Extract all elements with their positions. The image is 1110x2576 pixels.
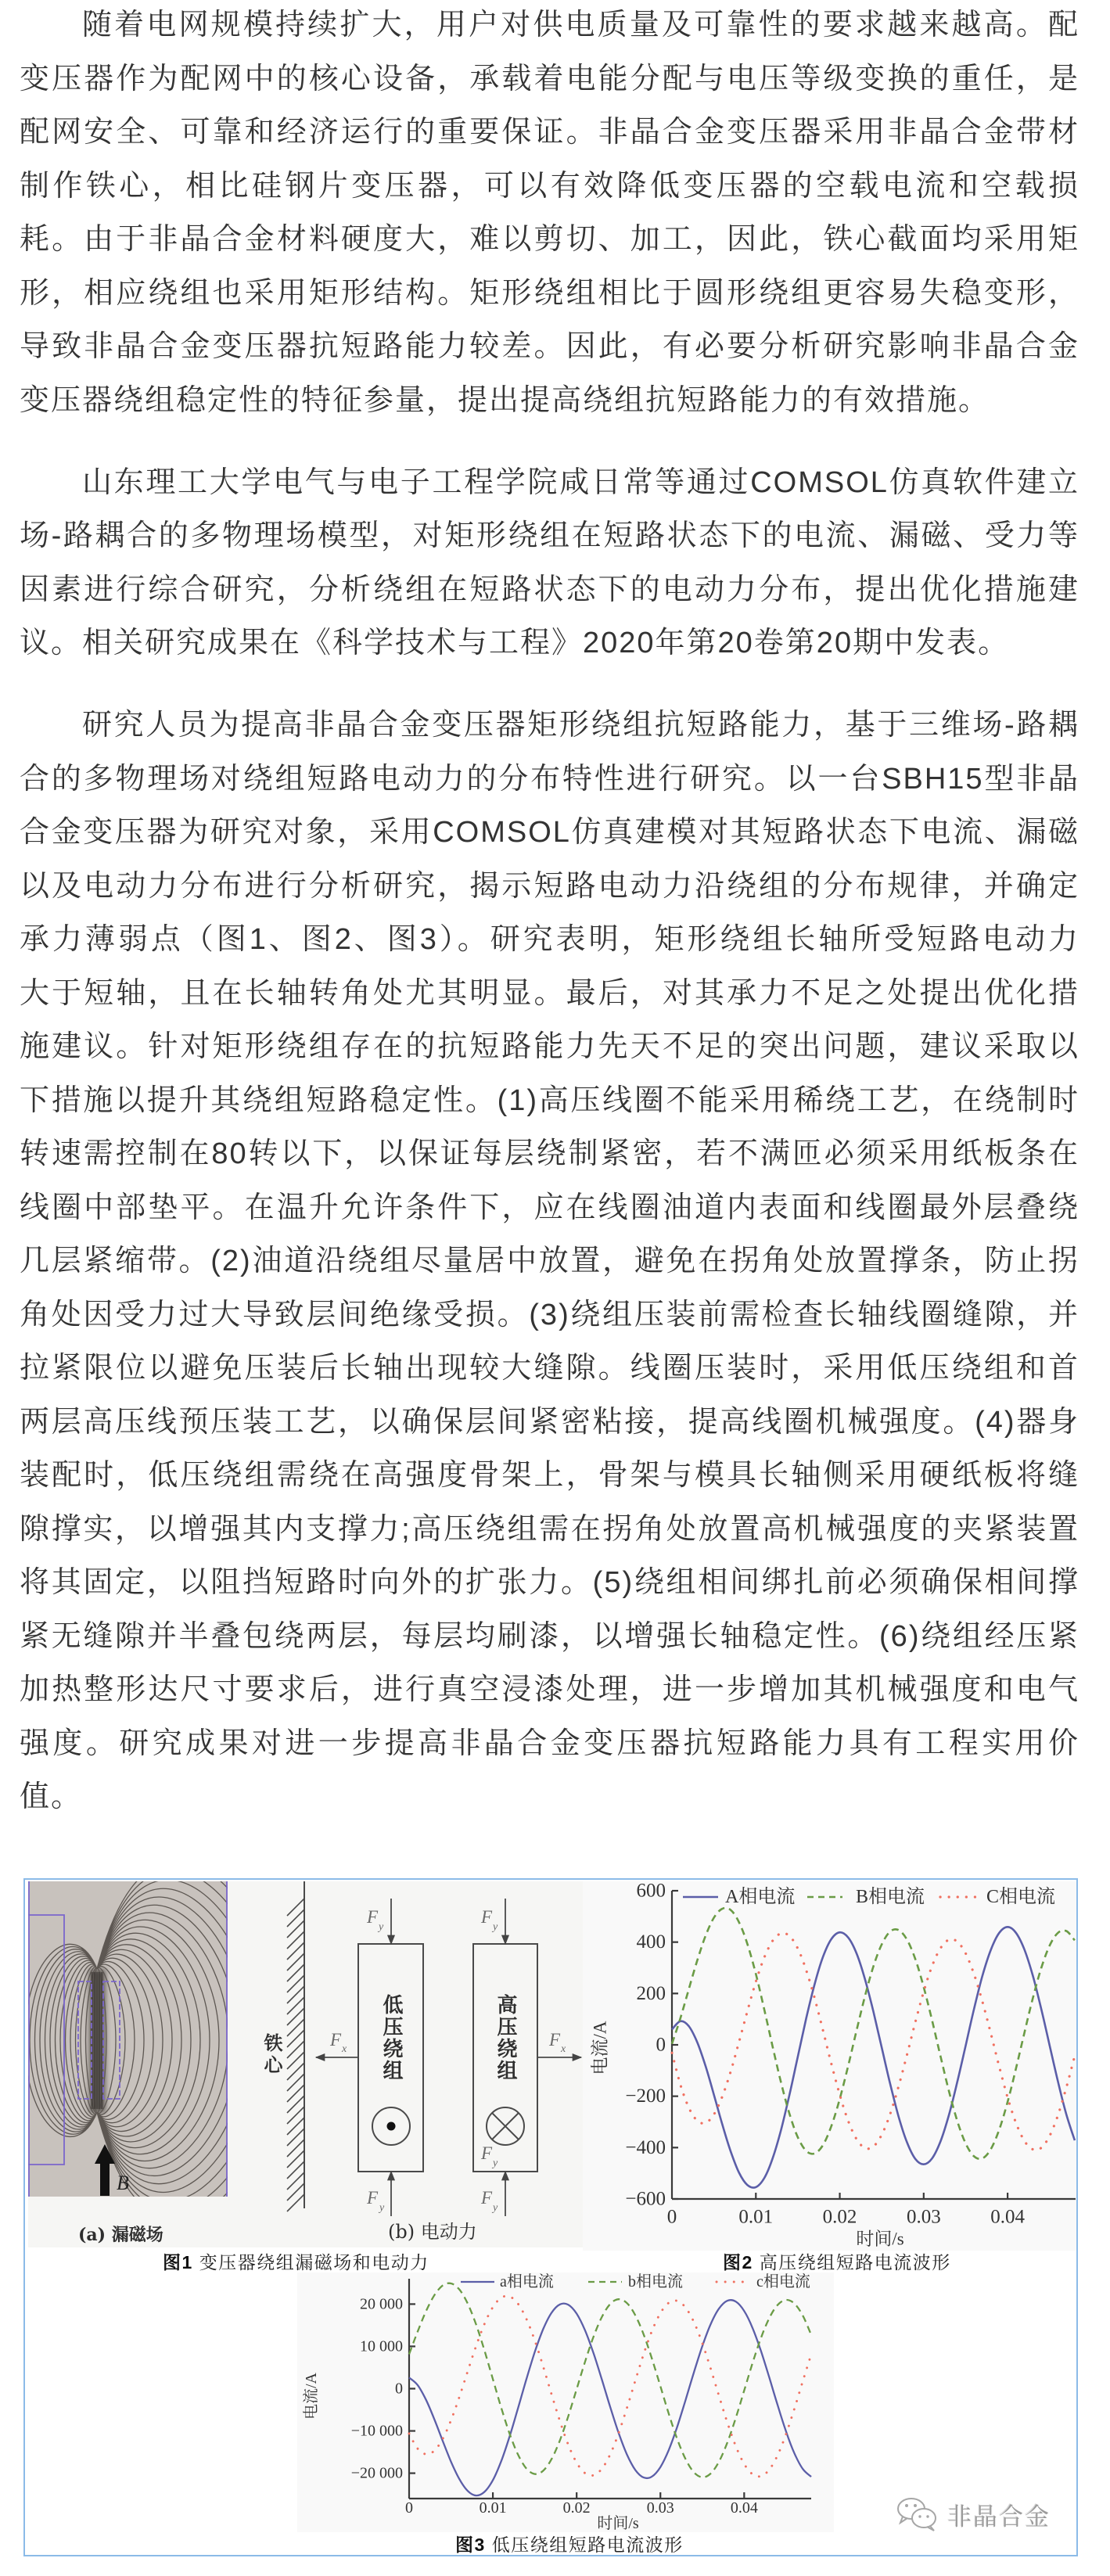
paragraph-findings: 研究人员为提高非晶合金变压器矩形绕组抗短路能力，基于三维场-路耦 合的多物理场对…: [20, 699, 1079, 1824]
y-tick-label: 400: [637, 1931, 666, 1953]
x-tick-label: 0.03: [907, 2207, 941, 2228]
article-body: 随着电网规模持续扩大，用户对供电质量及可靠性的要求越来越高。配电 变压器作为配网…: [20, 0, 1079, 1852]
x-tick-label: 0.03: [647, 2499, 674, 2517]
force-subscript: y: [491, 2157, 498, 2169]
cross-mark-icon: [492, 2113, 519, 2139]
legend-label: a相电流: [500, 2272, 554, 2290]
text-line: 议。相关研究成果在《科学技术与工程》2020年第20卷第20期中发表。: [20, 616, 1079, 670]
y-tick-label: 0: [656, 2035, 666, 2056]
legend-label: c相电流: [756, 2272, 810, 2290]
text-line: 研究人员为提高非晶合金变压器矩形绕组抗短路能力，基于三维场-路耦: [20, 699, 1079, 753]
text-line: 紧无缝隙并半叠包绕两层，每层均刷漆，以增强长轴稳定性。(6)绕组经压紧: [20, 1610, 1079, 1664]
paragraph-background: 随着电网规模持续扩大，用户对供电质量及可靠性的要求越来越高。配电 变压器作为配网…: [20, 0, 1079, 427]
figure-2-title: 高压绕组短路电流波形: [760, 2252, 951, 2272]
force-symbol: F: [548, 2030, 561, 2050]
subfigure-b-label: (b) 电动力: [388, 2221, 477, 2243]
text-line: 随着电网规模持续扩大，用户对供电质量及可靠性的要求越来越高。配电: [20, 0, 1079, 52]
figure-1-caption: 图1 变压器绕组漏磁场和电动力: [163, 2251, 429, 2273]
watermark-text: 非晶合金: [947, 2497, 1051, 2532]
text-line: 变压器作为配网中的核心设备，承载着电能分配与电压等级变换的重任，是: [20, 52, 1079, 106]
text-line: 承力薄弱点（图1、图2、图3）。研究表明，矩形绕组长轴所受短路电动力: [20, 913, 1079, 967]
figure-1-title: 变压器绕组漏磁场和电动力: [199, 2252, 429, 2272]
y-tick-label: −20 000: [351, 2465, 403, 2482]
series-line-solid: [409, 2300, 811, 2495]
tick-labels: −600−400−200020040060000.010.020.030.04: [625, 1881, 1025, 2228]
figure-3-number: 图3: [455, 2535, 486, 2555]
text-line: 山东理工大学电气与电子工程学院咸日常等通过COMSOL仿真软件建立: [20, 456, 1079, 510]
y-tick-label: −600: [625, 2189, 666, 2210]
force-subscript: y: [378, 2202, 385, 2214]
y-tick-label: −400: [625, 2137, 666, 2158]
legend-label: B相电流: [856, 1886, 925, 1907]
text-line: 装配时，低压绕组需绕在高强度骨架上，骨架与模具长轴侧采用硬纸板将缝: [20, 1449, 1079, 1503]
series-line-dashed: [409, 2283, 811, 2477]
text-line: 耗。由于非晶合金材料硬度大，难以剪切、加工，因此，铁心截面均采用矩: [20, 213, 1079, 267]
paragraph-source: 山东理工大学电气与电子工程学院咸日常等通过COMSOL仿真软件建立 场-路耦合的…: [20, 456, 1079, 670]
chart-axes: [672, 1891, 1076, 2199]
lv-current-waveform-chart: −20 000−10 000010 00020 00000.010.020.03…: [297, 2272, 834, 2532]
x-axis-label: 时间/s: [856, 2229, 903, 2249]
lv-winding-label: 低压绕组: [381, 1994, 401, 2082]
force-arrows: [316, 1899, 581, 2216]
chart-legend: a相电流b相电流c相电流: [461, 2272, 810, 2290]
text-line: 合金变压器为研究对象，采用COMSOL仿真建模对其短路状态下电流、漏磁: [20, 806, 1079, 860]
legend-label: C相电流: [986, 1886, 1055, 1907]
force-subscript: x: [560, 2043, 566, 2055]
x-tick-label: 0: [405, 2499, 413, 2517]
text-line: 线圈中部垫平。在温升允许条件下，应在线圈油道内表面和线圈最外层叠绕: [20, 1181, 1079, 1235]
figure-3-caption: 图3 低压绕组短路电流波形: [455, 2534, 684, 2556]
legend-label: A相电流: [725, 1886, 795, 1907]
y-tick-label: 20 000: [360, 2295, 403, 2312]
legend-label: b相电流: [628, 2272, 683, 2290]
y-tick-label: 600: [637, 1881, 666, 1902]
force-subscript: y: [491, 1921, 498, 1933]
y-axis-label: 电流/A: [302, 2372, 320, 2420]
force-subscript: x: [341, 2043, 347, 2055]
text-line: 两层高压线预压装工艺，以确保层间紧密粘接，提高线圈机械强度。(4)器身: [20, 1396, 1079, 1450]
text-line: 几层紧缩带。(2)油道沿绕组尽量居中放置，避免在拐角处放置撑条，防止拐: [20, 1234, 1079, 1288]
text-line: 拉紧限位以避免压装后长轴出现较大缝隙。线圈压装时，采用低压绕组和首: [20, 1342, 1079, 1396]
text-line: 加热整形达尺寸要求后，进行真空浸漆处理，进一步增加其机械强度和电气: [20, 1663, 1079, 1717]
hv-winding-label: 高压绕组: [495, 1994, 515, 2082]
force-subscript: y: [491, 2202, 498, 2214]
wechat-icon: [896, 2495, 939, 2533]
text-line: 因素进行综合研究，分析绕组在短路状态下的电动力分布，提出优化措施建: [20, 563, 1079, 617]
force-symbol: F: [480, 2188, 493, 2208]
text-line: 变压器绕组稳定性的特征参量，提出提高绕组抗短路能力的有效措施。: [20, 374, 1079, 428]
figure-2-caption: 图2 高压绕组短路电流波形: [723, 2251, 951, 2273]
x-tick-label: 0.02: [563, 2499, 591, 2517]
force-symbol: F: [329, 2030, 342, 2050]
force-symbol: F: [480, 1907, 493, 1927]
y-tick-label: 0: [395, 2380, 403, 2398]
text-line: 制作铁心，相比硅钢片变压器，可以有效降低变压器的空载电流和空载损: [20, 160, 1079, 214]
y-tick-label: 10 000: [360, 2337, 403, 2355]
data-series: [672, 1908, 1075, 2188]
chart-axes: [409, 2279, 811, 2499]
text-line: 导致非晶合金变压器抗短路能力较差。因此，有必要分析研究影响非晶合金: [20, 320, 1079, 374]
leakage-field-plot: B: [28, 1881, 228, 2197]
core-hatching: [287, 1899, 304, 2211]
text-line: 角处因受力过大导致层间绝缘受损。(3)绕组压装前需检查长轴线圈缝隙，并: [20, 1288, 1079, 1342]
iron-core-label: 铁心: [262, 2033, 281, 2077]
figure-3-title: 低压绕组短路电流波形: [492, 2535, 684, 2555]
text-line: 施建议。针对矩形绕组存在的抗短路能力先天不足的突出问题，建议采取以: [20, 1020, 1079, 1074]
force-subscript: y: [377, 1921, 384, 1933]
x-tick-label: 0.02: [823, 2207, 857, 2228]
figure-2-number: 图2: [723, 2252, 753, 2272]
text-line: 场-路耦合的多物理场模型，对矩形绕组在短路状态下的电流、漏磁、受力等: [20, 509, 1079, 563]
x-tick-label: 0.01: [480, 2499, 507, 2517]
figure-1-number: 图1: [163, 2252, 193, 2272]
text-line: 隙撑实，以增强其内支撑力;高压绕组需在拐角处放置高机械强度的夹紧装置: [20, 1503, 1079, 1557]
subfigure-a-label: (a) 漏磁场: [78, 2224, 163, 2246]
data-series: [409, 2283, 811, 2495]
text-line: 值。: [20, 1770, 1079, 1824]
text-line: 配网安全、可靠和经济运行的重要保证。非晶合金变压器采用非晶合金带材: [20, 106, 1079, 160]
y-tick-label: 200: [637, 1983, 666, 2004]
text-line: 转速需控制在80转以下，以保证每层绕制紧密，若不满匝必须采用纸板条在: [20, 1127, 1079, 1181]
text-line: 将其固定，以阻挡短路时向外的扩张力。(5)绕组相间绑扎前必须确保相间撑: [20, 1556, 1079, 1610]
dot-mark-icon: [387, 2122, 396, 2131]
text-line: 强度。研究成果对进一步提高非晶合金变压器抗短路能力具有工程实用价: [20, 1717, 1079, 1771]
hv-current-waveform-chart: −600−400−200020040060000.010.020.030.04A…: [583, 1881, 1076, 2251]
text-line: 以及电动力分布进行分析研究，揭示短路电动力沿绕组的分布规律，并确定: [20, 860, 1079, 914]
text-line: 形，相应绕组也采用矩形结构。矩形绕组相比于圆形绕组更容易失稳变形，: [20, 267, 1079, 321]
force-symbol: F: [480, 2143, 493, 2163]
x-tick-label: 0.04: [990, 2207, 1025, 2228]
watermark: 非晶合金: [896, 2495, 1051, 2533]
force-symbol: F: [366, 2188, 379, 2208]
x-tick-label: 0: [667, 2207, 677, 2228]
text-line: 大于短轴，且在长轴转角处尤其明显。最后，对其承力不足之处提出优化措: [20, 967, 1079, 1021]
text-line: 下措施以提升其绕组短路稳定性。(1)高压线圈不能采用稀绕工艺，在绕制时: [20, 1074, 1079, 1128]
x-tick-label: 0.04: [731, 2499, 758, 2517]
flux-density-symbol: B: [117, 2172, 129, 2194]
y-tick-label: −10 000: [351, 2423, 403, 2440]
text-line: 合的多物理场对绕组短路电动力的分布特性进行研究。以一台SBH15型非晶: [20, 753, 1079, 807]
force-symbol: F: [366, 1907, 379, 1927]
chart-legend: A相电流B相电流C相电流: [683, 1886, 1055, 1907]
gap-flux-lines: [92, 1972, 102, 2109]
y-tick-label: −200: [625, 2086, 666, 2107]
y-axis-label: 电流/A: [591, 2021, 610, 2075]
x-tick-label: 0.01: [738, 2207, 773, 2228]
x-axis-label: 时间/s: [597, 2514, 639, 2532]
force-labels: F y F y F y F y F y F x F x: [329, 1907, 566, 2214]
